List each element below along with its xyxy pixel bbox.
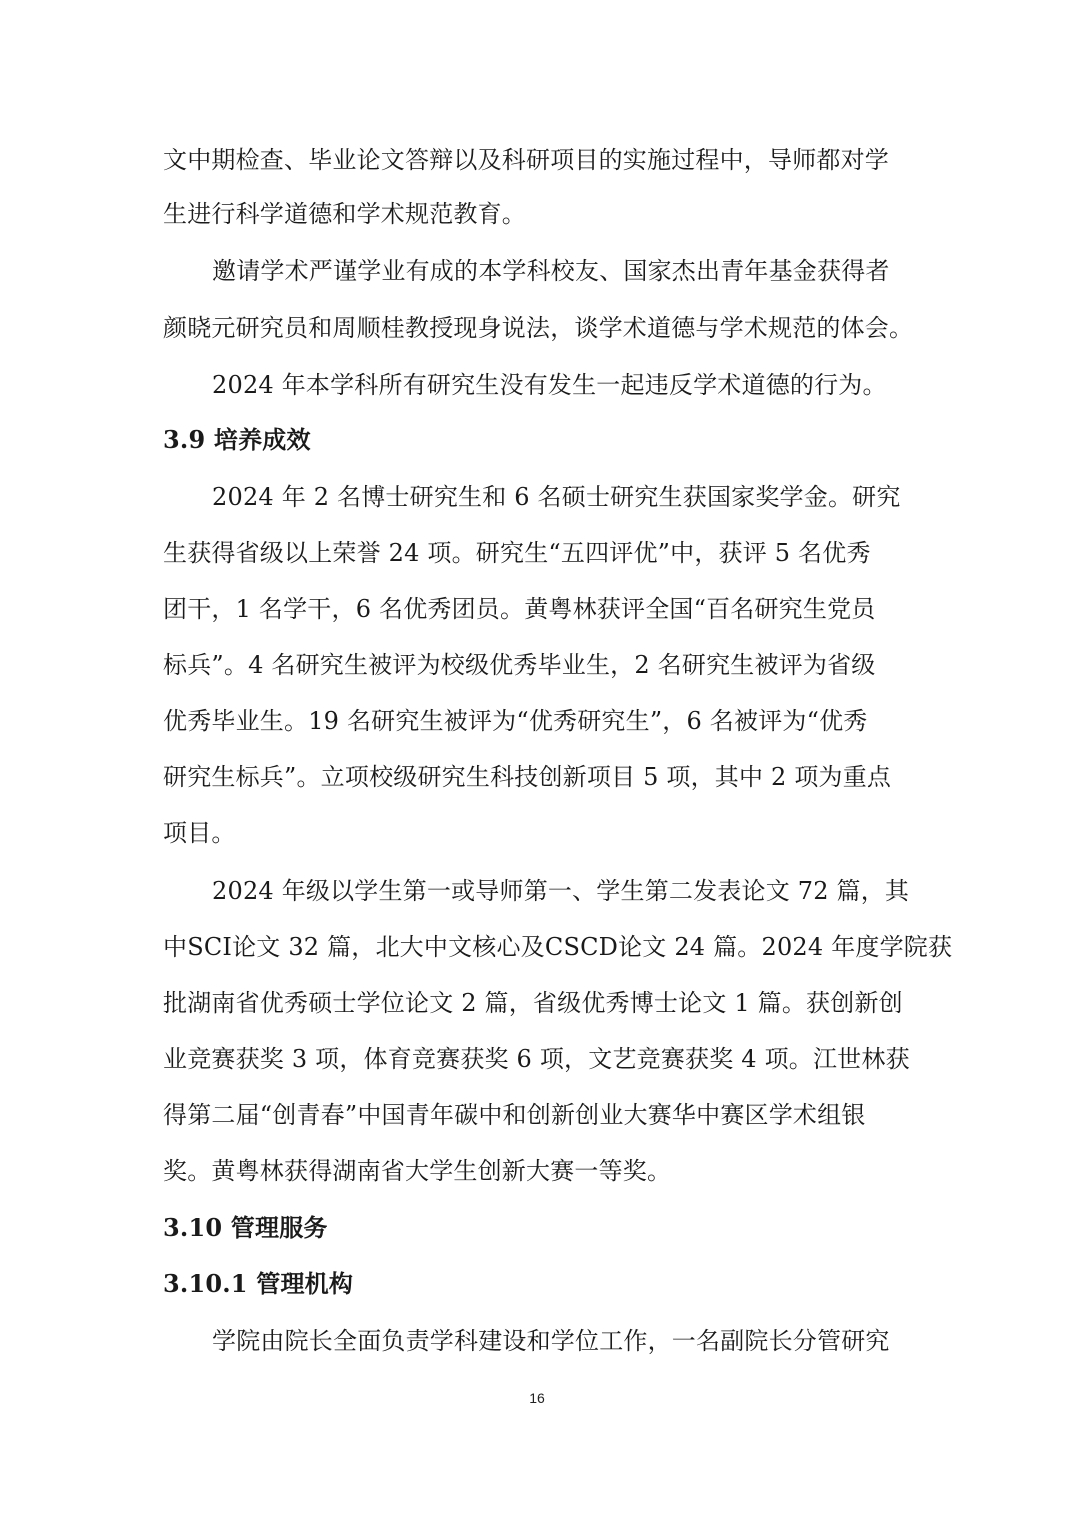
subsection-heading-3-10-1: 3.10.1 管理机构 xyxy=(163,1269,353,1299)
paragraph-line: 文中期检查、毕业论文答辩以及科研项目的实施过程中，导师都对学 xyxy=(163,145,889,175)
paragraph-line: 中SCI论文 32 篇，北大中文核心及CSCD论文 24 篇。2024 年度学院… xyxy=(163,932,952,962)
paragraph-line: 团干，1 名学干，6 名优秀团员。黄粤林获评全国“百名研究生党员 xyxy=(163,594,875,624)
paragraph-line: 生获得省级以上荣誉 24 项。研究生“五四评优”中，获评 5 名优秀 xyxy=(163,538,871,568)
section-heading-3-10: 3.10 管理服务 xyxy=(163,1213,328,1243)
paragraph-line: 奖。黄粤林获得湖南省大学生创新大赛一等奖。 xyxy=(163,1156,671,1186)
section-heading-3-9: 3.9 培养成效 xyxy=(163,425,311,455)
paragraph-line: 2024 年级以学生第一或导师第一、学生第二发表论文 72 篇，其 xyxy=(212,876,909,906)
paragraph-line: 得第二届“创青春”中国青年碳中和创新创业大赛华中赛区学术组银 xyxy=(163,1100,866,1130)
paragraph-line: 优秀毕业生。19 名研究生被评为“优秀研究生”，6 名被评为“优秀 xyxy=(163,706,867,736)
paragraph-line: 研究生标兵”。立项校级研究生科技创新项目 5 项，其中 2 项为重点 xyxy=(163,762,891,792)
paragraph-line: 业竞赛获奖 3 项，体育竞赛获奖 6 项，文艺竞赛获奖 4 项。江世林获 xyxy=(163,1044,910,1074)
paragraph-line: 批湖南省优秀硕士学位论文 2 篇，省级优秀博士论文 1 篇。获创新创 xyxy=(163,988,903,1018)
paragraph-line: 生进行科学道德和学术规范教育。 xyxy=(163,199,526,229)
paragraph-line: 2024 年本学科所有研究生没有发生一起违反学术道德的行为。 xyxy=(212,370,887,400)
paragraph-line: 项目。 xyxy=(163,818,236,848)
page-number: 16 xyxy=(0,1390,1074,1406)
paragraph-line: 学院由院长全面负责学科建设和学位工作，一名副院长分管研究 xyxy=(212,1326,890,1356)
paragraph-line: 邀请学术严谨学业有成的本学科校友、国家杰出青年基金获得者 xyxy=(212,256,890,286)
paragraph-line: 2024 年 2 名博士研究生和 6 名硕士研究生获国家奖学金。研究 xyxy=(212,482,901,512)
paragraph-line: 颜晓元研究员和周顺桂教授现身说法，谈学术道德与学术规范的体会。 xyxy=(163,313,913,343)
paragraph-line: 标兵”。4 名研究生被评为校级优秀毕业生，2 名研究生被评为省级 xyxy=(163,650,875,680)
